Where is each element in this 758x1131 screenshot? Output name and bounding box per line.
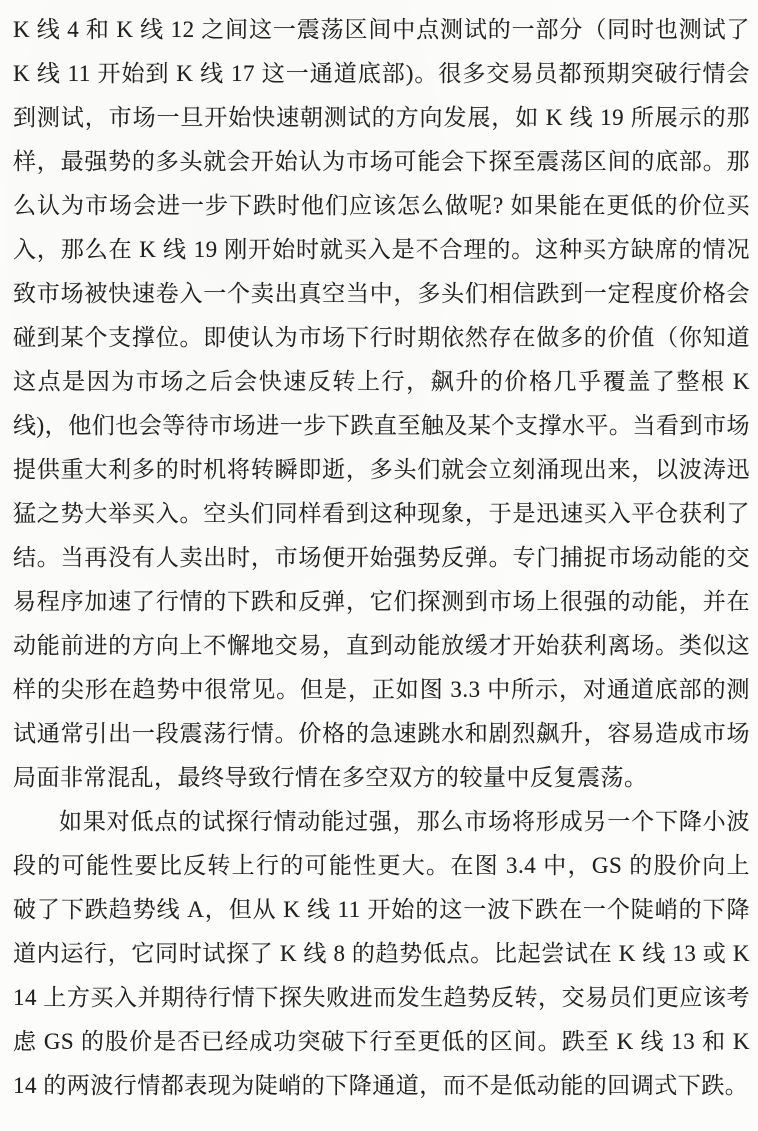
text-line: 致市场被快速卷入一个卖出真空当中，多头们相信跌到一定程度价格会 (13, 272, 750, 316)
text-line: 样的尖形在趋势中很常见。但是，正如图 3.3 中所示，对通道底部的测 (13, 668, 750, 712)
text-line: 虑 GS 的股价是否已经成功突破下行至更低的区间。跌至 K 线 13 和 K 线 (13, 1020, 750, 1064)
text-line: 猛之势大举买入。空头们同样看到这种现象，于是迅速买入平仓获利了 (13, 492, 750, 536)
text-line: 提供重大利多的时机将转瞬即逝，多头们就会立刻涌现出来，以波涛迅 (13, 448, 750, 492)
text-line: 动能前进的方向上不懈地交易，直到动能放缓才开始获利离场。类似这 (13, 624, 750, 668)
text-line: K 线 11 开始到 K 线 17 这一通道底部)。很多交易员都预期突破行情会得 (13, 52, 750, 96)
text-line: 这点是因为市场之后会快速反转上行，飙升的价格几乎覆盖了整根 K (13, 360, 750, 404)
text-line: 结。当再没有人卖出时，市场便开始强势反弹。专门捕捉市场动能的交 (13, 536, 750, 580)
text-line: 14 的两波行情都表现为陡峭的下降通道，而不是低动能的回调式下跌。 (13, 1064, 750, 1108)
text-line: 么认为市场会进一步下跌时他们应该怎么做呢? 如果能在更低的价位买 (13, 184, 750, 228)
text-line: 易程序加速了行情的下跌和反弹，它们探测到市场上很强的动能，并在 (13, 580, 750, 624)
text-line: 如果对低点的试探行情动能过强，那么市场将形成另一个下降小波 (13, 800, 750, 844)
text-line: 样，最强势的多头就会开始认为市场可能会下探至震荡区间的底部。那 (13, 140, 750, 184)
paragraph: K 线 4 和 K 线 12 之间这一震荡区间中点测试的一部分（同时也测试了从K… (13, 8, 750, 800)
book-page: K 线 4 和 K 线 12 之间这一震荡区间中点测试的一部分（同时也测试了从K… (0, 0, 758, 1131)
text-line: K 线 4 和 K 线 12 之间这一震荡区间中点测试的一部分（同时也测试了从 (13, 8, 750, 52)
text-line: 道内运行，它同时试探了 K 线 8 的趋势低点。比起尝试在 K 线 13 或 K… (13, 932, 750, 976)
text-line: 试通常引出一段震荡行情。价格的急速跳水和剧烈飙升，容易造成市场 (13, 712, 750, 756)
text-line: 破了下跌趋势线 A，但从 K 线 11 开始的这一波下跌在一个陡峭的下降通 (13, 888, 750, 932)
text-line: 14 上方买入并期待行情下探失败进而发生趋势反转，交易员们更应该考 (13, 976, 750, 1020)
text-line: 局面非常混乱，最终导致行情在多空双方的较量中反复震荡。 (13, 756, 750, 800)
paragraph: 如果对低点的试探行情动能过强，那么市场将形成另一个下降小波段的可能性要比反转上行… (13, 800, 750, 1108)
text-line: 到测试，市场一旦开始快速朝测试的方向发展，如 K 线 19 所展示的那 (13, 96, 750, 140)
text-line: 线)，他们也会等待市场进一步下跌直至触及某个支撑水平。当看到市场 (13, 404, 750, 448)
text-line: 段的可能性要比反转上行的可能性更大。在图 3.4 中，GS 的股价向上突 (13, 844, 750, 888)
text-line: 入，那么在 K 线 19 刚开始时就买入是不合理的。这种买方缺席的情况导 (13, 228, 750, 272)
body-text: K 线 4 和 K 线 12 之间这一震荡区间中点测试的一部分（同时也测试了从K… (13, 8, 750, 1108)
text-line: 碰到某个支撑位。即使认为市场下行时期依然存在做多的价值（你知道 (13, 316, 750, 360)
